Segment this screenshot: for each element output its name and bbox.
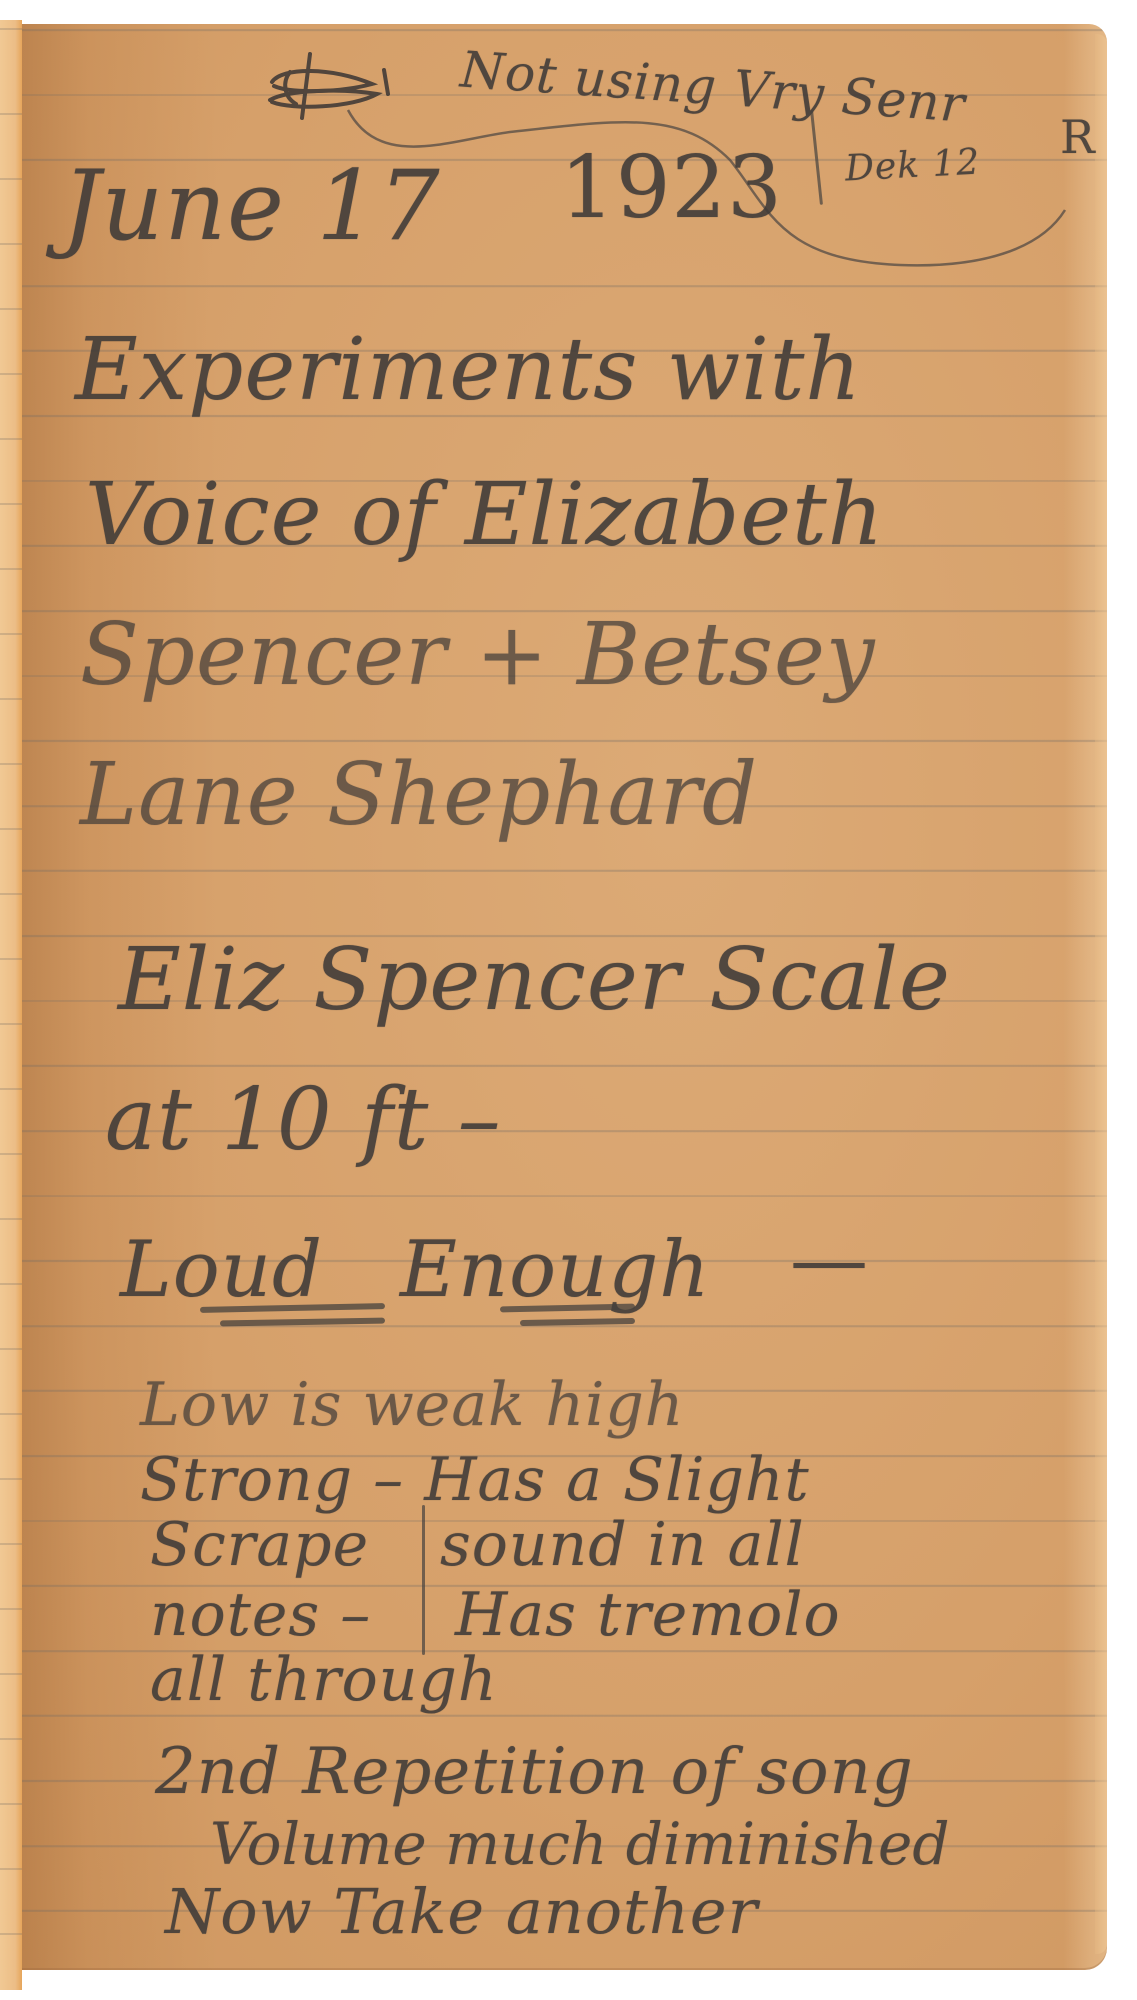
test-line-1: Eliz Spencer Scale	[118, 930, 951, 1030]
double-underline-enough	[500, 1305, 635, 1327]
verdict-loud: Loud	[120, 1225, 323, 1315]
title-line-4: Lane Shephard	[80, 745, 758, 845]
annotation-line-2: Dek 12	[844, 141, 981, 189]
annotation-mark: R	[1060, 110, 1096, 164]
verdict-enough: Enough	[400, 1225, 711, 1315]
title-line-1: Experiments with	[75, 320, 862, 420]
note-line-3a: Scrape	[150, 1510, 369, 1580]
repetition-line-3: Now Take another	[165, 1875, 758, 1948]
note-line-3b: sound in all	[440, 1510, 805, 1580]
vertical-divider-mark	[422, 1505, 425, 1655]
entry-date: June 17	[62, 150, 441, 262]
entry-year: 1923	[560, 138, 783, 238]
note-line-5: all through	[150, 1645, 497, 1715]
facing-page-edge	[0, 20, 22, 1990]
title-line-2: Voice of Elizabeth	[85, 465, 884, 565]
test-line-2: at 10 ft –	[105, 1070, 502, 1170]
note-line-2: Strong – Has a Slight	[140, 1445, 810, 1515]
title-line-3: Spencer + Betsey	[80, 605, 875, 705]
repetition-line-2: Volume much diminished	[210, 1810, 949, 1878]
note-line-4b: Has tremolo	[455, 1580, 841, 1650]
repetition-line-1: 2nd Repetition of song	[155, 1735, 914, 1809]
double-underline-loud	[200, 1305, 385, 1327]
page-stack-edge	[1095, 34, 1107, 1954]
note-line-1: Low is weak high	[140, 1370, 684, 1440]
note-line-4a: notes –	[150, 1580, 371, 1650]
verdict-dash: —	[790, 1215, 869, 1305]
